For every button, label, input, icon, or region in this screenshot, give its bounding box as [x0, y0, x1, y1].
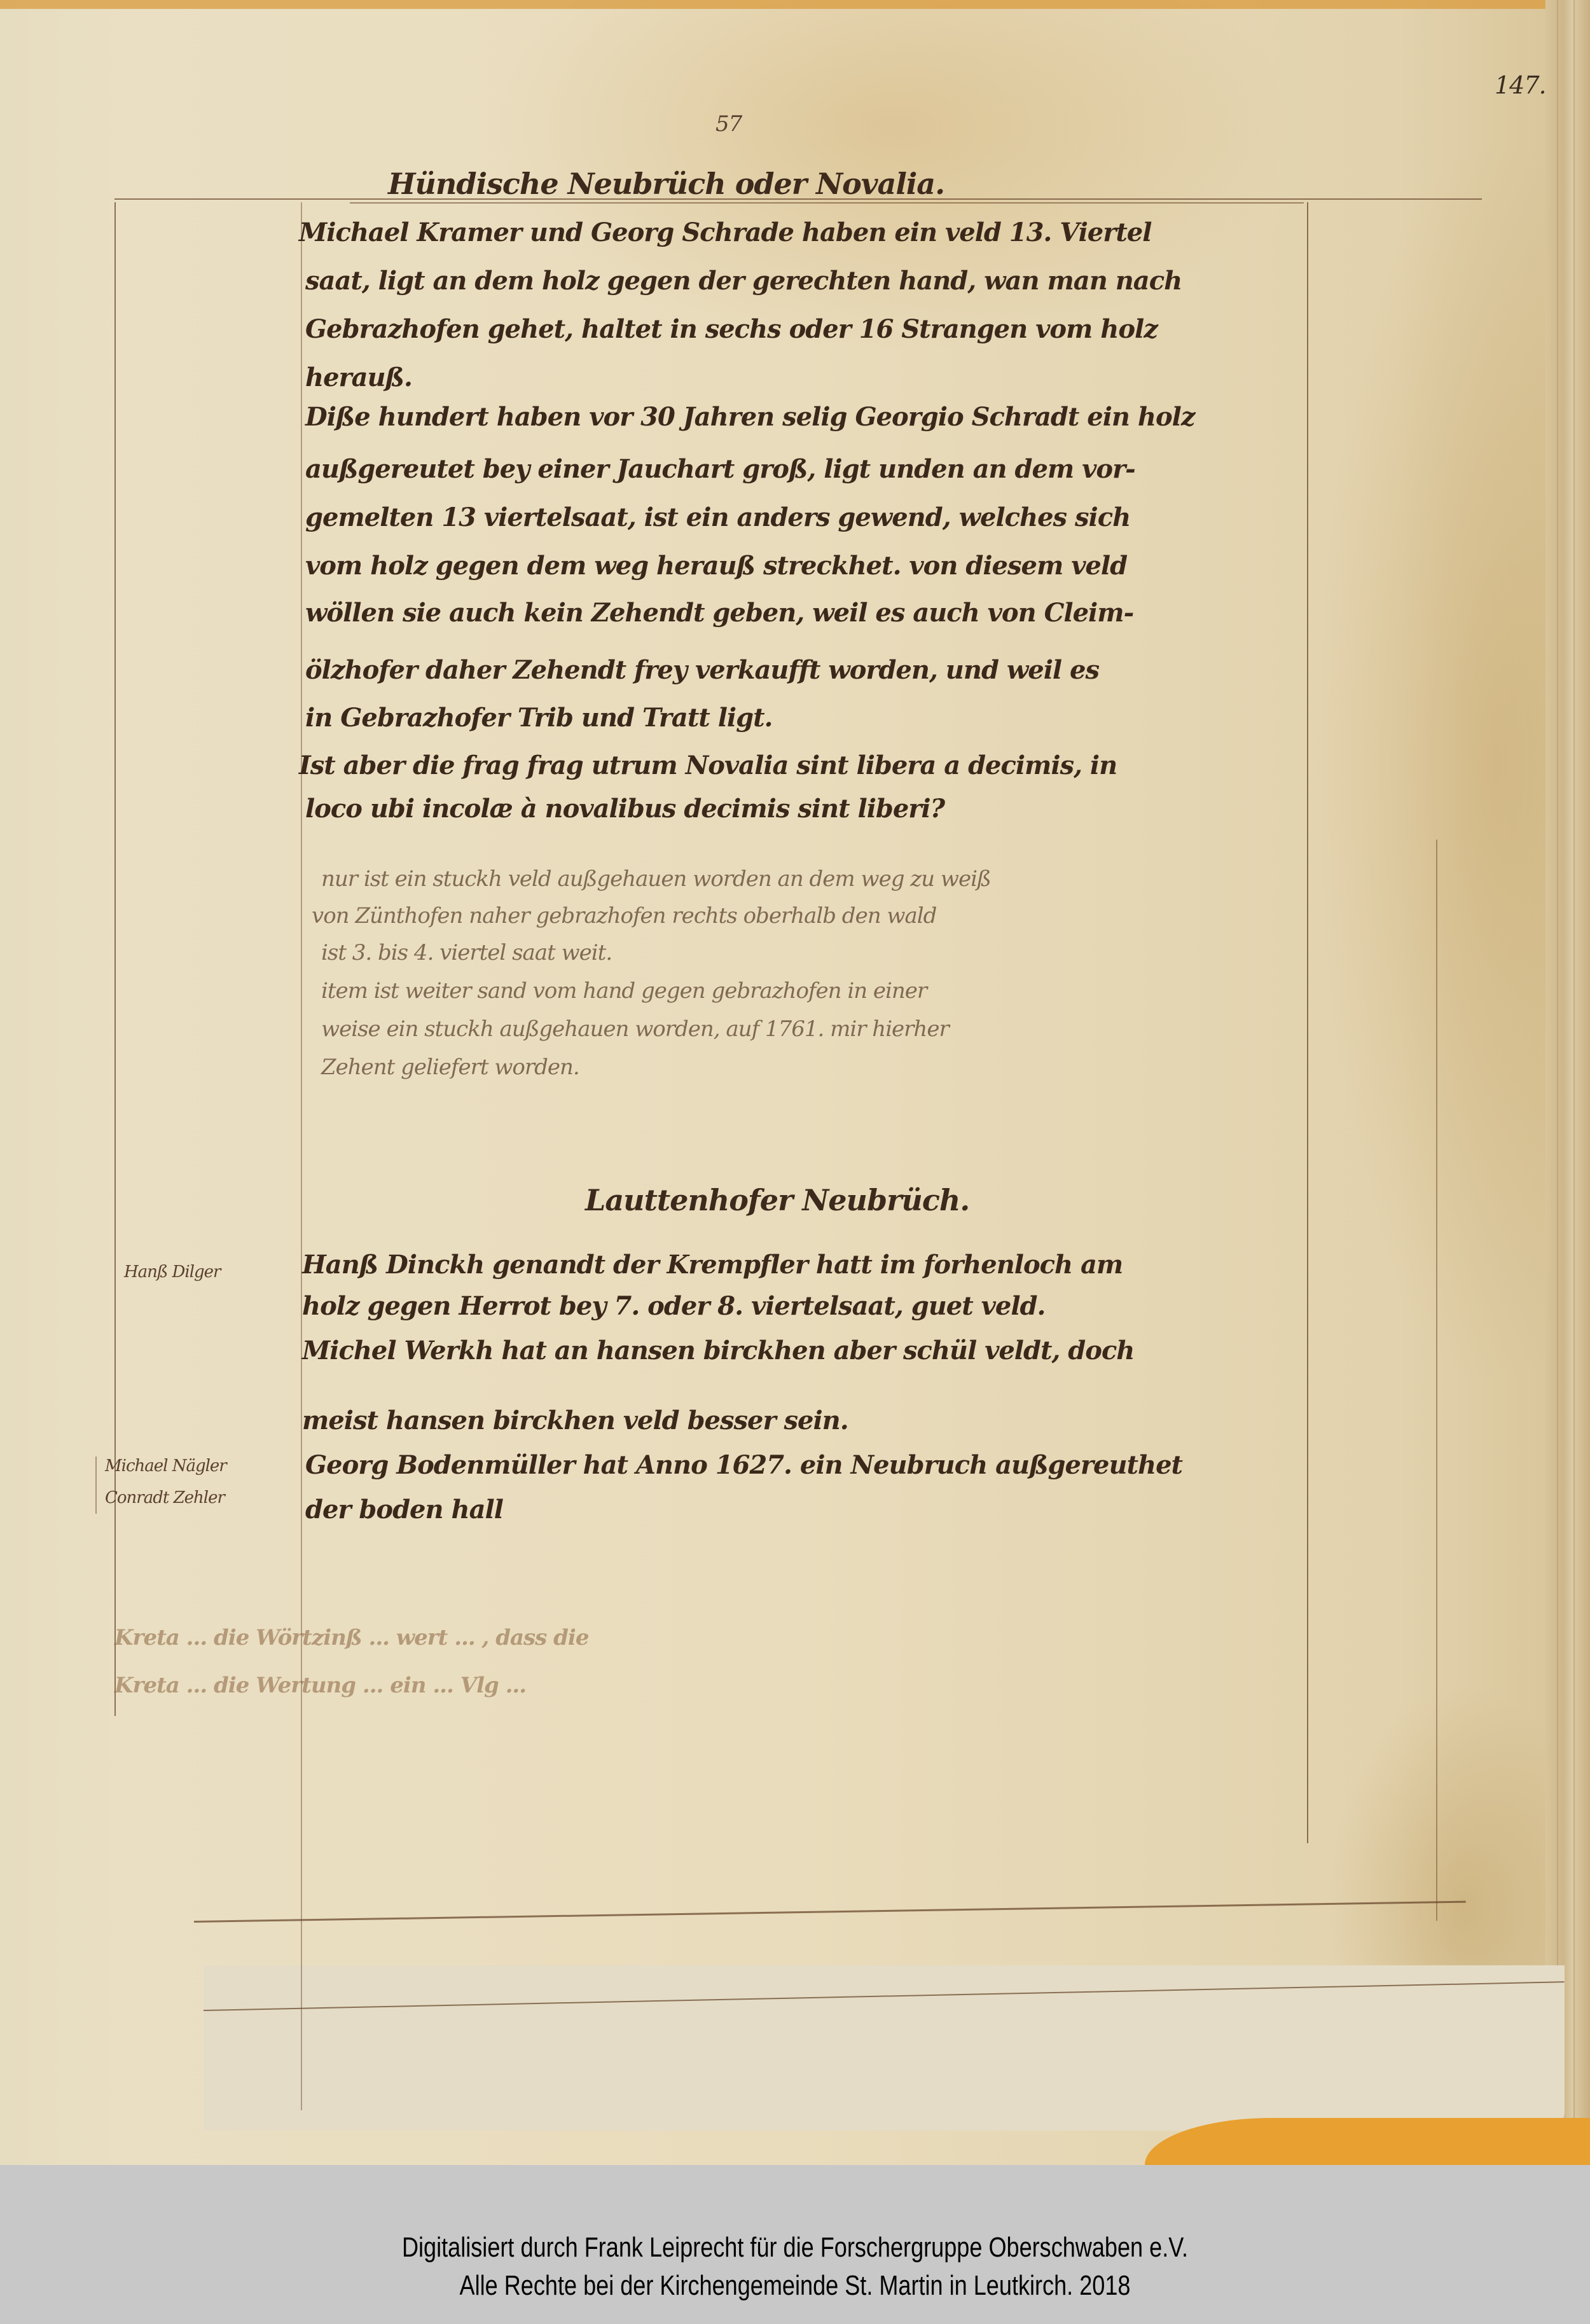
text-line: Georg Bodenmüller hat Anno 1627. ein Neu… [305, 1450, 1182, 1480]
later-note-line: ist 3. bis 4. viertel saat weit. [321, 940, 612, 965]
footer-rights-line: Alle Rechte bei der Kirchengemeinde St. … [143, 2267, 1447, 2305]
manuscript-scan: 147. 57 Hündische Neubrüch oder Novalia.… [0, 0, 1590, 2165]
text-line: ölzhofer daher Zehendt frey verkaufft wo… [305, 655, 1099, 685]
text-line: Gebrazhofen gehet, haltet in sechs oder … [305, 314, 1158, 344]
margin-note: Michael Nägler [105, 1456, 226, 1476]
frame-bottom-rule [194, 1901, 1466, 1923]
spine-crease [1557, 0, 1558, 2137]
frame-right-rule [1307, 202, 1308, 1843]
text-line: Diße hundert haben vor 30 Jahren selig G… [305, 402, 1195, 432]
binding-corner [1145, 2118, 1590, 2165]
text-line: saat, ligt an dem holz gegen der gerecht… [305, 266, 1182, 296]
text-line: Michael Kramer und Georg Schrade haben e… [299, 218, 1151, 247]
binding-edge-top [0, 0, 1590, 9]
text-line: Hanß Dinckh genandt der Krempfler hatt i… [302, 1250, 1123, 1280]
bleed-through-line: Kreta ... die Wörtzinß ... wert ... , da… [114, 1625, 588, 1650]
later-note-line: von Zünthofen naher gebrazhofen rechts o… [312, 903, 936, 929]
margin-brace [95, 1456, 97, 1514]
frame-outer-right-rule [1436, 840, 1437, 1921]
frame-inner-left-rule [301, 202, 302, 2110]
text-line: holz gegen Herrot bey 7. oder 8. viertel… [302, 1291, 1045, 1321]
text-line: der boden hall [305, 1495, 503, 1525]
later-note-line: item ist weiter sand vom hand gegen gebr… [321, 978, 927, 1004]
margin-note: Hanß Dilger [124, 1262, 221, 1282]
page-lower-edge [204, 1965, 1565, 2131]
later-note-line: Zehent geliefert worden. [321, 1055, 579, 1080]
spine-crease [1573, 0, 1575, 2137]
heading-underline [350, 202, 1304, 204]
text-line: herauß. [305, 363, 412, 392]
section-2-heading: Lauttenhofer Neubrüch. [585, 1183, 969, 1217]
text-line: gemelten 13 viertelsaat, ist ein anders … [305, 502, 1130, 532]
text-line: vom holz gegen dem weg herauß streckhet.… [305, 551, 1127, 581]
text-line: Ist aber die frag frag utrum Novalia sin… [299, 750, 1117, 780]
copyright-footer: Digitalisiert durch Frank Leiprecht für … [0, 2165, 1590, 2324]
old-page-number: 57 [715, 111, 742, 137]
later-note-line: nur ist ein stuckh veld außgehauen worde… [321, 866, 991, 892]
text-line: Michel Werkh hat an hansen birckhen aber… [302, 1336, 1134, 1366]
text-line: wöllen sie auch kein Zehendt geben, weil… [305, 598, 1133, 628]
text-line: loco ubi incolæ à novalibus decimis sint… [305, 794, 944, 824]
book-spine-edge [1545, 0, 1590, 2137]
text-line: außgereutet bey einer Jauchart groß, lig… [305, 454, 1135, 484]
text-line: in Gebrazhofer Trib und Tratt ligt. [305, 703, 772, 733]
text-line: meist hansen birckhen veld besser sein. [302, 1406, 848, 1435]
section-1-heading: Hündische Neubrüch oder Novalia. [388, 167, 944, 201]
footer-credit-line: Digitalisiert durch Frank Leiprecht für … [143, 2229, 1447, 2267]
folio-number: 147. [1495, 71, 1546, 99]
bleed-through-line: Kreta ... die Wertung ... ein ... Vlg ..… [114, 1673, 526, 1698]
margin-note: Conradt Zehler [105, 1488, 225, 1507]
later-note-line: weise ein stuckh außgehauen worden, auf … [321, 1016, 949, 1042]
